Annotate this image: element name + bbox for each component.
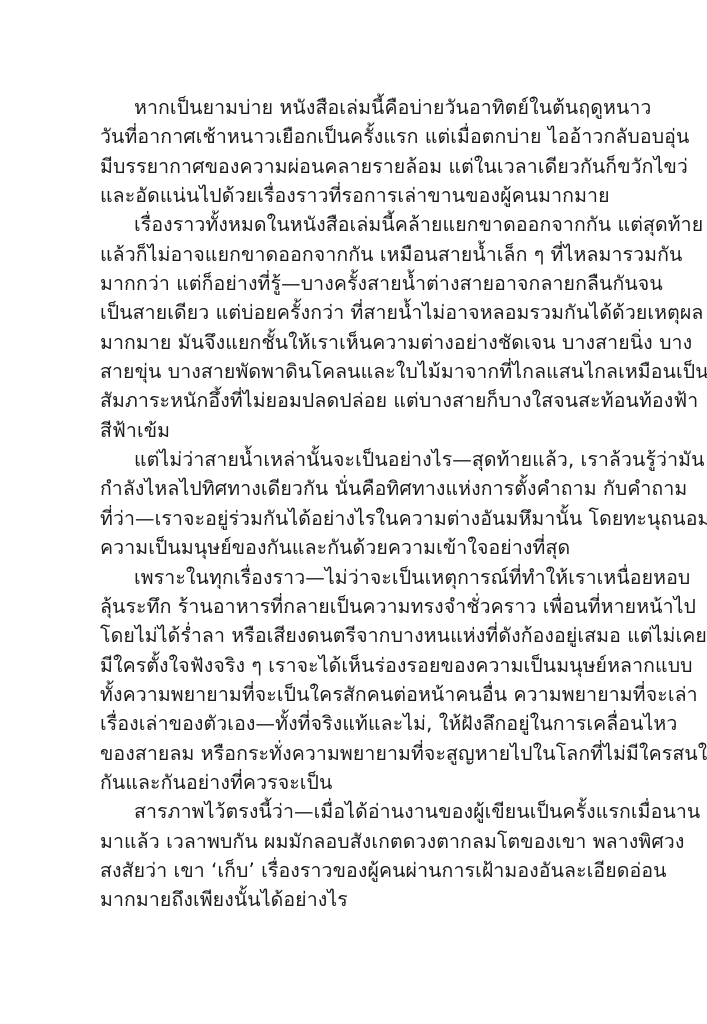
text-line: วันที่อากาศเช้าหนาวเยือกเป็นครั้งแรก แต่… bbox=[100, 122, 621, 151]
text-line: เรื่องราวทั้งหมดในหนังสือเล่มนี้คล้ายแยก… bbox=[100, 210, 621, 239]
paragraph-5: สารภาพไว้ตรงนี้ว่า—เมื่อได้อ่านงานของผู้… bbox=[100, 797, 621, 914]
paragraph-2: เรื่องราวทั้งหมดในหนังสือเล่มนี้คล้ายแยก… bbox=[100, 210, 621, 445]
text-line: ทั้งความพยายามที่จะเป็นใครสักคนต่อหน้าคน… bbox=[100, 680, 621, 709]
text-line: มากมาย มันจึงแยกชั้นให้เราเห็นความต่างอย… bbox=[100, 328, 621, 357]
text-line: มากมายถึงเพียงนั้นได้อย่างไร bbox=[100, 885, 621, 914]
text-line: สัมภาระหนักอึ้งที่ไม่ยอมปลดปล่อย แต่บางส… bbox=[100, 386, 621, 415]
paragraph-1: หากเป็นยามบ่าย หนังสือเล่มนี้คือบ่ายวันอ… bbox=[100, 93, 621, 210]
text-line: แล้วก็ไม่อาจแยกขาดออกจากกัน เหมือนสายน้ำ… bbox=[100, 240, 621, 269]
text-line: โดยไม่ได้ร่ำลา หรือเสียงดนตรีจากบางหนแห่… bbox=[100, 621, 621, 650]
text-line: กำลังไหลไปทิศทางเดียวกัน นั่นคือทิศทางแห… bbox=[100, 474, 621, 503]
text-line: แต่ไม่ว่าสายน้ำเหล่านั้นจะเป็นอย่างไร—สุ… bbox=[100, 445, 621, 474]
text-line: ความเป็นมนุษย์ของกันและกันด้วยความเข้าใจ… bbox=[100, 533, 621, 562]
text-line: เรื่องเล่าของตัวเอง—ทั้งที่จริงแท้และไม่… bbox=[100, 709, 621, 738]
text-line: ของสายลม หรือกระทั่งความพยายามที่จะสูญหา… bbox=[100, 739, 621, 768]
text-line: มีบรรยากาศของความผ่อนคลายรายล้อม แต่ในเว… bbox=[100, 152, 621, 181]
book-page: หากเป็นยามบ่าย หนังสือเล่มนี้คือบ่ายวันอ… bbox=[0, 0, 707, 1024]
text-line: สายขุ่น บางสายพัดพาดินโคลนและใบไม้มาจากท… bbox=[100, 357, 621, 386]
text-line: หากเป็นยามบ่าย หนังสือเล่มนี้คือบ่ายวันอ… bbox=[100, 93, 621, 122]
paragraph-3: แต่ไม่ว่าสายน้ำเหล่านั้นจะเป็นอย่างไร—สุ… bbox=[100, 445, 621, 562]
paragraph-4: เพราะในทุกเรื่องราว—ไม่ว่าจะเป็นเหตุการณ… bbox=[100, 563, 621, 798]
text-line: สงสัยว่า เขา ‘เก็บ’ เรื่องราวของผู้คนผ่า… bbox=[100, 856, 621, 885]
text-line: กันและกันอย่างที่ควรจะเป็น bbox=[100, 768, 621, 797]
text-line: สารภาพไว้ตรงนี้ว่า—เมื่อได้อ่านงานของผู้… bbox=[100, 797, 621, 826]
text-line: เพราะในทุกเรื่องราว—ไม่ว่าจะเป็นเหตุการณ… bbox=[100, 563, 621, 592]
text-line: มาแล้ว เวลาพบกัน ผมมักลอบสังเกตดวงตากลมโ… bbox=[100, 827, 621, 856]
text-line: สีฟ้าเข้ม bbox=[100, 416, 621, 445]
text-block: หากเป็นยามบ่าย หนังสือเล่มนี้คือบ่ายวันอ… bbox=[100, 93, 621, 915]
text-line: เป็นสายเดียว แต่บ่อยครั้งกว่า ที่สายน้ำไ… bbox=[100, 298, 621, 327]
text-line: ที่ว่า—เราจะอยู่ร่วมกันได้อย่างไรในความต… bbox=[100, 504, 621, 533]
text-line: มีใครตั้งใจฟังจริง ๆ เราจะได้เห็นร่องรอย… bbox=[100, 651, 621, 680]
text-line: มากกว่า แต่ก็อย่างที่รู้—บางครั้งสายน้ำต… bbox=[100, 269, 621, 298]
text-line: และอัดแน่นไปด้วยเรื่องราวที่รอการเล่าขาน… bbox=[100, 181, 621, 210]
text-line: ลุ้นระทึก ร้านอาหารที่กลายเป็นความทรงจำช… bbox=[100, 592, 621, 621]
